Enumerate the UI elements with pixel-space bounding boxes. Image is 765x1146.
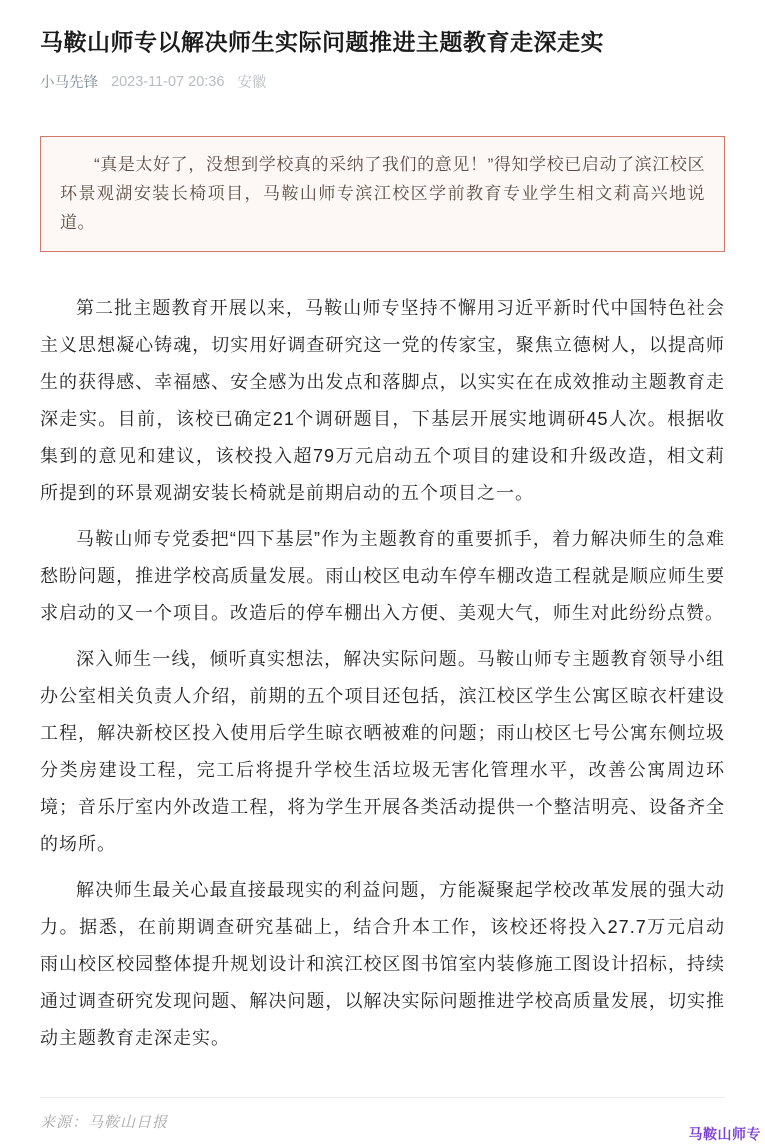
- byline: 小马先锋 2023-11-07 20:36 安徽: [40, 71, 725, 92]
- publish-time: 2023-11-07 20:36: [111, 74, 224, 90]
- footer-divider: [40, 1097, 725, 1098]
- paragraph-4: 解决师生最关心最直接最现实的利益问题，方能凝聚起学校改革发展的强大动力。据悉，在…: [40, 872, 725, 1057]
- article-page: 马鞍山师专以解决师生实际问题推进主题教育走深走实 小马先锋 2023-11-07…: [0, 0, 765, 1146]
- article-body: 第二批主题教育开展以来，马鞍山师专坚持不懈用习近平新时代中国特色社会主义思想凝心…: [40, 290, 725, 1057]
- author-name[interactable]: 小马先锋: [40, 71, 98, 92]
- paragraph-1: 第二批主题教育开展以来，马鞍山师专坚持不懈用习近平新时代中国特色社会主义思想凝心…: [40, 290, 725, 512]
- article-title: 马鞍山师专以解决师生实际问题推进主题教育走深走实: [40, 27, 725, 58]
- quote-text: “真是太好了，没想到学校真的采纳了我们的意见！”得知学校已启动了滨江校区环景观湖…: [60, 150, 705, 237]
- source-line: 来源：马鞍山日报: [40, 1111, 725, 1132]
- watermark-label: 马鞍山师专: [689, 1124, 762, 1144]
- location-label: 安徽: [237, 71, 266, 92]
- paragraph-2: 马鞍山师专党委把“四下基层”作为主题教育的重要抓手，着力解决师生的急难愁盼问题，…: [40, 521, 725, 632]
- quote-box: “真是太好了，没想到学校真的采纳了我们的意见！”得知学校已启动了滨江校区环景观湖…: [40, 136, 725, 252]
- paragraph-3: 深入师生一线，倾听真实想法，解决实际问题。马鞍山师专主题教育领导小组办公室相关负…: [40, 641, 725, 863]
- article-footer: 来源：马鞍山日报: [40, 1097, 725, 1132]
